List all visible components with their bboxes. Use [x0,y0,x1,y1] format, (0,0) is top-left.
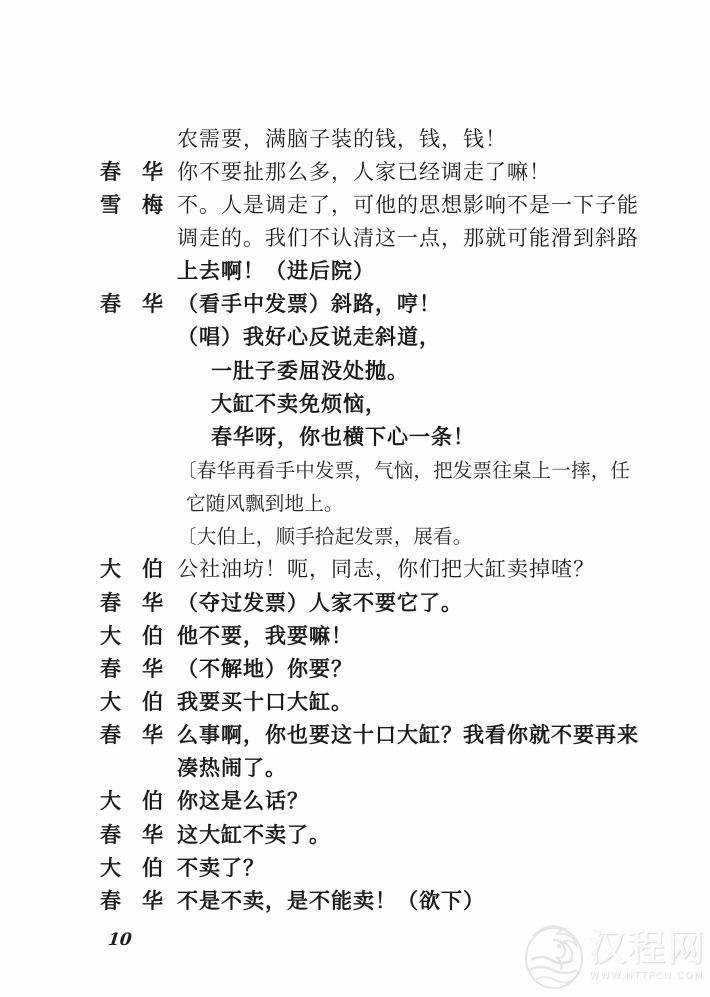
line-text: 大缸不卖免烦恼， [211,388,387,418]
script-line: 农需要，满脑子装的钱，钱，钱！ [0,121,710,154]
speaker-name: 春华 [100,288,163,318]
speaker-name: 春华 [100,885,163,915]
script-line: 春华（不解地）你要？ [0,651,710,684]
line-text: 你不要扯那么多，人家已经调走了嘛！ [177,156,551,186]
script-line: 大伯我要买十口大缸。 [0,684,710,717]
script-line: 大伯你这是么话？ [0,784,710,817]
scanned-script-page: 农需要，满脑子装的钱，钱，钱！春华你不要扯那么多，人家已经调走了嘛！雪梅不。人是… [0,0,710,997]
speaker-name: 春华 [100,653,163,683]
script-line: 一肚子委屈没处抛。 [0,353,710,386]
script-line: 大伯他不要，我要嘛！ [0,618,710,651]
watermark-url: WWW.HTTPCN.COM [589,970,704,981]
line-text: 它随风飘到地上。 [186,488,344,516]
speaker-name: 春华 [100,719,163,749]
line-text: 公社油坊！呃，同志，你们把大缸卖掉喳？ [177,553,595,583]
script-line: 春华么事啊，你也要这十口大缸？我看你就不要再来 [0,718,710,751]
watermark-site-name: 汉程网 [589,930,706,967]
speaker-name: 大伯 [100,686,163,716]
watermark: 汉程网 WWW.HTTPCN.COM [523,913,710,997]
line-text: 上去啊！（进后院） [177,255,375,285]
line-text: 这大缸不卖了。 [177,819,331,849]
page-number: 10 [107,930,133,950]
line-text: 么事啊，你也要这十口大缸？我看你就不要再来 [177,719,639,749]
speaker-name: 春华 [100,156,163,186]
speaker-name: 春华 [100,587,163,617]
line-text: 他不要，我要嘛！ [177,620,353,650]
line-text: （不解地）你要？ [177,653,353,683]
script-line: 雪梅不。人是调走了，可他的思想影响不是一下子能 [0,187,710,220]
line-text: 〔春华再看手中发票，气恼，把发票往桌上一摔，任 [177,455,630,483]
speaker-name: 春华 [100,819,163,849]
script-line: 〔春华再看手中发票，气恼，把发票往桌上一摔，任 [0,452,710,485]
script-line: 春华你不要扯那么多，人家已经调走了嘛！ [0,154,710,187]
script-line: 大伯不卖了？ [0,850,710,883]
script-line: 〔大伯上，顺手拾起发票，展看。 [0,519,710,552]
script-line: 凑热闹了。 [0,751,710,784]
speaker-name: 大伯 [100,553,163,583]
line-text: 不。人是调走了，可他的思想影响不是一下子能 [177,189,639,219]
line-text: （看手中发票）斜路，哼！ [177,288,441,318]
line-text: 凑热闹了。 [177,752,287,782]
script-line: 春华不是不卖，是不能卖！（欲下） [0,883,710,916]
line-text: 不是不卖，是不能卖！（欲下） [177,885,485,915]
script-line: 上去啊！（进后院） [0,254,710,287]
speaker-name: 大伯 [100,620,163,650]
line-text: （唱）我好心反说走斜道， [177,321,441,351]
line-text: 调走的。我们不认清这一点，那就可能滑到斜路 [177,222,639,252]
script-line: 大缸不卖免烦恼， [0,386,710,419]
line-text: 不卖了？ [177,852,265,882]
dragon-seal-logo-icon [523,918,585,992]
line-text: （夺过发票）人家不要它了。 [177,587,463,617]
script-line: 春华这大缸不卖了。 [0,817,710,850]
script-line: （唱）我好心反说走斜道， [0,320,710,353]
speaker-name: 雪梅 [100,189,163,219]
script-line: 大伯公社油坊！呃，同志，你们把大缸卖掉喳？ [0,552,710,585]
line-text: 农需要，满脑子装的钱，钱，钱！ [177,123,507,153]
script-line: 春华（夺过发票）人家不要它了。 [0,585,710,618]
play-script-text: 农需要，满脑子装的钱，钱，钱！春华你不要扯那么多，人家已经调走了嘛！雪梅不。人是… [0,121,710,916]
line-text: 我要买十口大缸。 [177,686,353,716]
script-line: 春华（看手中发票）斜路，哼！ [0,287,710,320]
line-text: 春华呀，你也横下心一条！ [211,421,475,451]
speaker-name: 大伯 [100,852,163,882]
script-line: 春华呀，你也横下心一条！ [0,419,710,452]
script-line: 调走的。我们不认清这一点，那就可能滑到斜路 [0,220,710,253]
speaker-name: 大伯 [100,785,163,815]
line-text: 一肚子委屈没处抛。 [211,355,409,385]
script-line: 它随风飘到地上。 [0,486,710,519]
line-text: 你这是么话？ [177,785,309,815]
line-text: 〔大伯上，顺手拾起发票，展看。 [177,521,473,549]
